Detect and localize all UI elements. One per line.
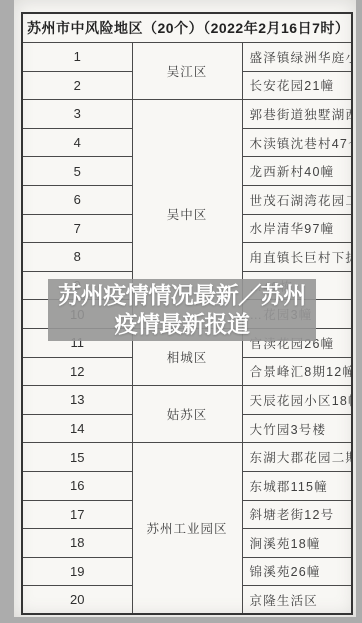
row-number-cell: 16 (22, 471, 132, 500)
table-row: 13 姑苏区 天辰花园小区18幢 (22, 386, 352, 415)
row-number-cell: 7 (22, 214, 132, 243)
address-cell: 龙西新村40幢 (242, 157, 352, 186)
address-cell: 世茂石湖湾花园二期273幢 (242, 185, 352, 214)
row-number-cell: 4 (22, 128, 132, 157)
row-number-cell: 8 (22, 243, 132, 272)
address-cell: 郭巷街道独墅湖西金悦花园一期19幢 (242, 100, 352, 129)
district-cell: 吴江区 (132, 43, 242, 100)
address-cell: 涧溪苑18幢 (242, 529, 352, 558)
address-cell: 斜塘老街12号 (242, 500, 352, 529)
address-cell: 大竹园3号楼 (242, 414, 352, 443)
caption-line-1: 苏州疫情情况最新／苏州 (58, 281, 306, 310)
row-number-cell: 3 (22, 100, 132, 129)
row-number-cell: 13 (22, 386, 132, 415)
row-number-cell: 2 (22, 71, 132, 100)
address-cell: 天辰花园小区18幢 (242, 386, 352, 415)
address-cell: 木渎镇沈巷村47～69号 (242, 128, 352, 157)
row-number-cell: 15 (22, 443, 132, 472)
address-cell: 东湖大郡花园二期22幢 (242, 443, 352, 472)
row-number-cell: 18 (22, 529, 132, 558)
address-cell: 京隆生活区 (242, 586, 352, 615)
row-number-cell: 17 (22, 500, 132, 529)
table-title: 苏州市中风险地区（20个）（2022年2月16日7时） (22, 13, 352, 43)
row-number-cell: 5 (22, 157, 132, 186)
caption-line-2: 疫情最新报道 (115, 310, 250, 339)
address-cell: 甪直镇长巨村下扒浜马娄里1/2号 (242, 243, 352, 272)
row-number-cell: 1 (22, 43, 132, 72)
table-title-row: 苏州市中风险地区（20个）（2022年2月16日7时） (22, 13, 352, 43)
address-cell: 水岸清华97幢 (242, 214, 352, 243)
address-cell: 东城郡115幢 (242, 471, 352, 500)
table-row: 3 吴中区 郭巷街道独墅湖西金悦花园一期19幢 (22, 100, 352, 129)
address-cell: 锦溪苑26幢 (242, 557, 352, 586)
row-number-cell: 6 (22, 185, 132, 214)
row-number-cell: 20 (22, 586, 132, 615)
district-cell: 姑苏区 (132, 386, 242, 443)
row-number-cell: 19 (22, 557, 132, 586)
district-cell: 苏州工业园区 (132, 443, 242, 615)
row-number-cell: 14 (22, 414, 132, 443)
table-row: 1 吴江区 盛泽镇绿洲华庭小区41栋 (22, 43, 352, 72)
address-cell: 合景峰汇8期12幢 (242, 357, 352, 386)
address-cell: 盛泽镇绿洲华庭小区41栋 (242, 43, 352, 72)
table-row: 15 苏州工业园区 东湖大郡花园二期22幢 (22, 443, 352, 472)
caption-overlay: 苏州疫情情况最新／苏州 疫情最新报道 (48, 279, 316, 341)
row-number-cell: 12 (22, 357, 132, 386)
address-cell: 长安花园21幢 (242, 71, 352, 100)
